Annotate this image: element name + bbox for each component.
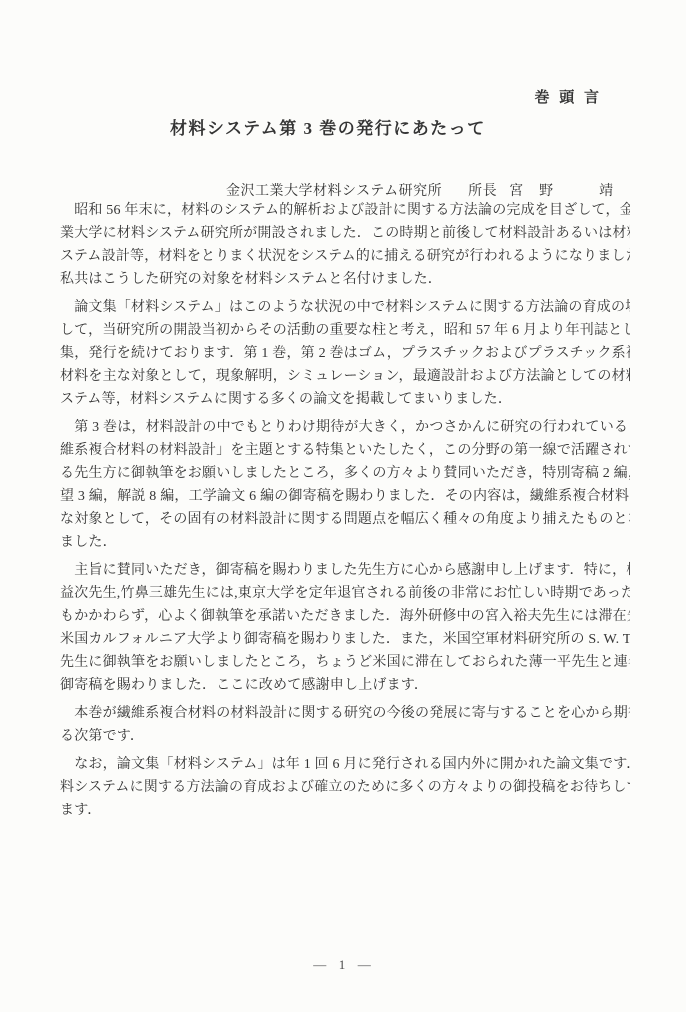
text-line: 米国カルフォルニア大学より御寄稿を賜わりました．また，米国空軍材料研究所の S.… <box>60 628 630 651</box>
text-line: 集，発行を続けております．第 1 巻，第 2 巻はゴム，プラスチックおよびプラス… <box>60 342 630 365</box>
text-line: 御寄稿を賜わりました．ここに改めて感謝申し上げます． <box>60 674 630 697</box>
text-line: 先生に御執筆をお願いしましたところ，ちょうど米国に滞在しておられた薄一平先生と連… <box>60 651 630 674</box>
text-line: 維系複合材料の材料設計」を主題とする特集といたしたく，この分野の第一線で活躍され… <box>60 439 630 462</box>
text-line: 材料を主な対象として，現象解明，シミュレーション，最適設計および方法論としての材… <box>60 365 630 388</box>
text-line: なお，論文集「材料システム」は年 1 回 6 月に発行される国内外に開かれた論文… <box>60 753 630 776</box>
page-number: — 1 — <box>0 957 686 973</box>
byline-role: 所長 <box>468 184 497 199</box>
article-title: 材料システム第 3 巻の発行にあたって <box>170 114 486 139</box>
section-heading: 巻 頭 言 <box>534 86 602 107</box>
byline-affiliation: 金沢工業大学材料システム研究所 <box>226 184 442 199</box>
scanned-document-page: 巻 頭 言 材料システム第 3 巻の発行にあたって 金沢工業大学材料システム研究… <box>0 0 686 1012</box>
text-line: 望 3 編，解説 8 編，工学論文 6 編の御寄稿を賜わりました．その内容は，繊… <box>60 485 630 508</box>
text-line: ステム設計等，材料をとりまく状況をシステム的に捕える研究が行われるようになりまし… <box>60 245 630 268</box>
paragraph: 本巻が繊維系複合材料の材料設計に関する研究の今後の発展に寄与することを心から期待… <box>60 702 630 748</box>
text-line: ます． <box>60 799 630 822</box>
paragraph: なお，論文集「材料システム」は年 1 回 6 月に発行される国内外に開かれた論文… <box>60 753 630 822</box>
paragraph: 第 3 巻は，材料設計の中でもとりわけ期待が大きく，かつさかんに研究の行われてい… <box>60 416 630 554</box>
text-line: もかかわらず，心よく御執筆を承諾いただきました．海外研修中の宮入裕夫先生には滞在… <box>60 605 630 628</box>
article-body: 昭和 56 年末に，材料のシステム的解析および設計に関する方法論の完成を目ざして… <box>60 199 630 827</box>
text-line: る先生方に御執筆をお願いしましたところ，多くの方々より賛同いただき，特別寄稿 2… <box>60 462 630 485</box>
paragraph: 論文集「材料システム」はこのような状況の中で材料システムに関する方法論の育成の場… <box>60 296 630 411</box>
paragraph: 昭和 56 年末に，材料のシステム的解析および設計に関する方法論の完成を目ざして… <box>60 199 630 291</box>
text-line: 業大学に材料システム研究所が開設されました．この時期と前後して材料設計あるいは材… <box>60 222 630 245</box>
text-line: な対象として，その固有の材料設計に関する問題点を幅広く種々の角度より捕えたものと… <box>60 508 630 531</box>
text-line: る次第です． <box>60 725 630 748</box>
text-line: して，当研究所の開設当初からその活動の重要な柱と考え，昭和 57 年 6 月より… <box>60 319 630 342</box>
text-line: 論文集「材料システム」はこのような状況の中で材料システムに関する方法論の育成の場… <box>60 296 630 319</box>
paragraph: 主旨に賛同いただき，御寄稿を賜わりました先生方に心から感謝申し上げます．特に，植… <box>60 559 630 697</box>
text-line: 昭和 56 年末に，材料のシステム的解析および設計に関する方法論の完成を目ざして… <box>60 199 630 222</box>
text-line: 本巻が繊維系複合材料の材料設計に関する研究の今後の発展に寄与することを心から期待… <box>60 702 630 725</box>
text-line: 私共はこうした研究の対象を材料システムと名付けました． <box>60 268 630 291</box>
text-line: 第 3 巻は，材料設計の中でもとりわけ期待が大きく，かつさかんに研究の行われてい… <box>60 416 630 439</box>
byline-author-name: 宮 野 靖 <box>509 184 614 199</box>
text-line: 益次先生,竹鼻三雄先生には,東京大学を定年退官される前後の非常にお忙しい時期であ… <box>60 582 630 605</box>
text-line: 主旨に賛同いただき，御寄稿を賜わりました先生方に心から感謝申し上げます．特に，植… <box>60 559 630 582</box>
text-line: 料システムに関する方法論の育成および確立のために多くの方々よりの御投稿をお待ちし… <box>60 776 630 799</box>
text-line: ステム等，材料システムに関する多くの論文を掲載してまいりました． <box>60 388 630 411</box>
text-line: ました． <box>60 531 630 554</box>
